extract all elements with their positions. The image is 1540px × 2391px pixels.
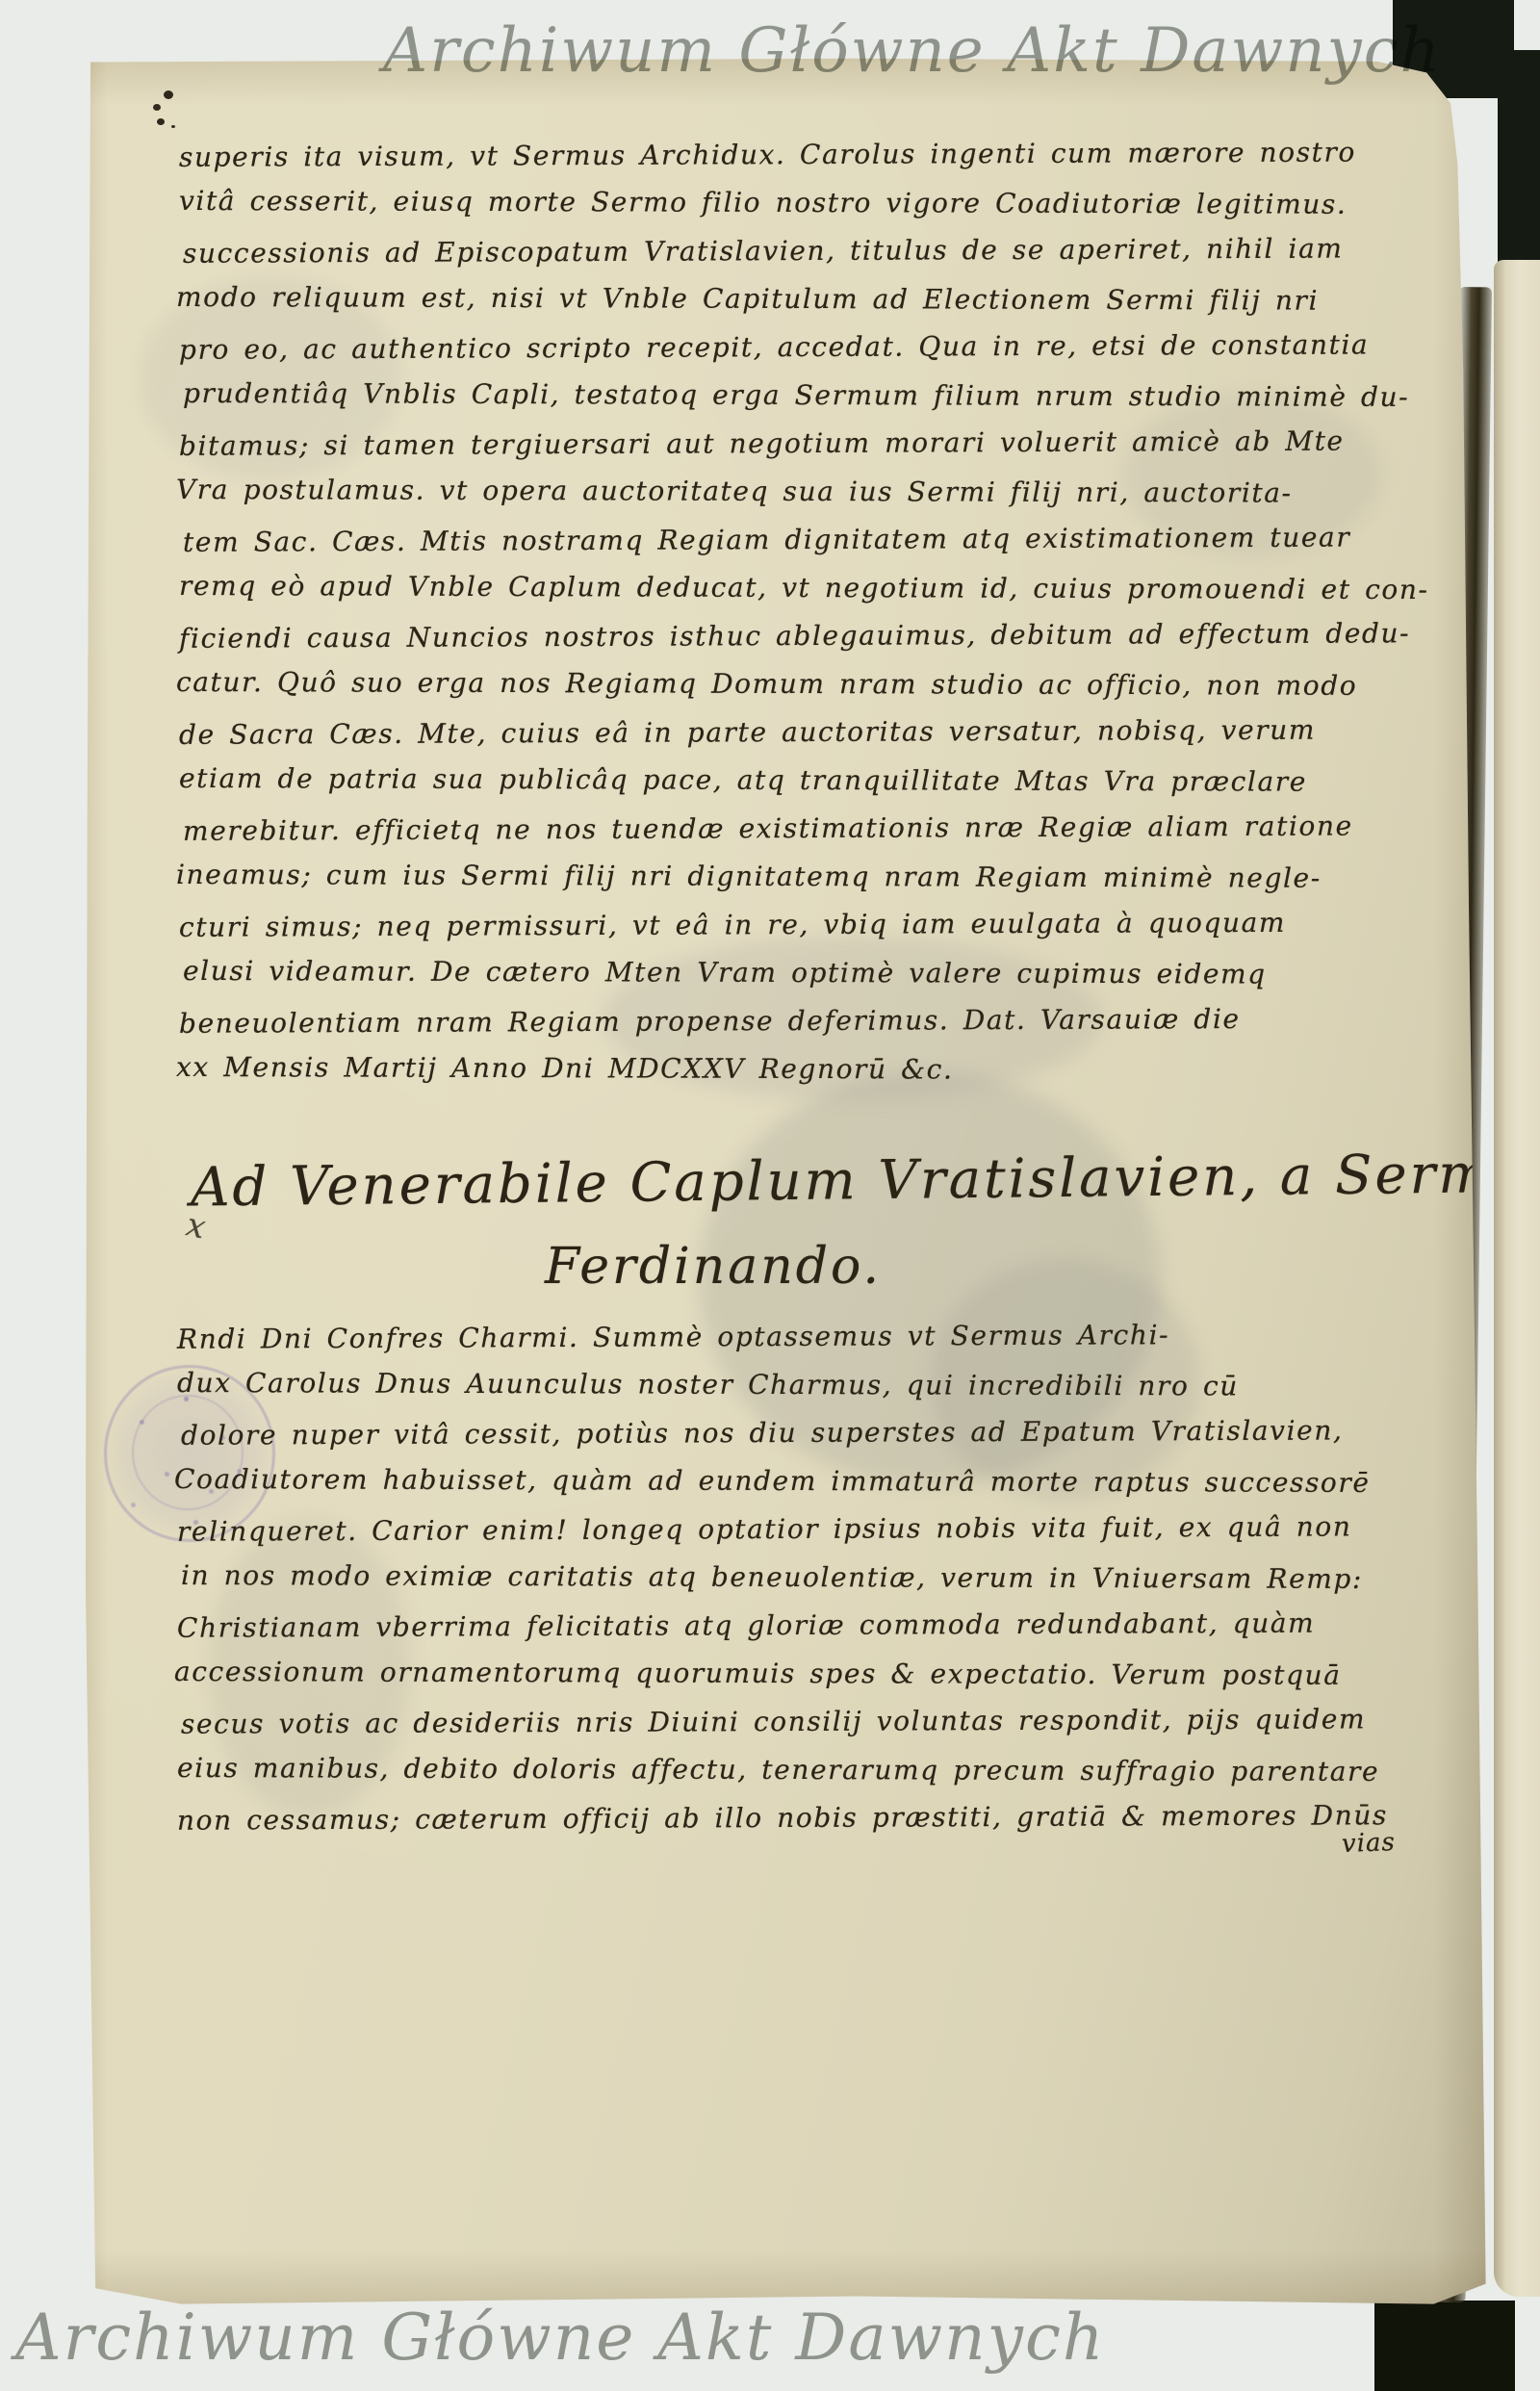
handwritten-line: dolore nuper vitâ cessit, potiùs nos diu…	[181, 1406, 1388, 1459]
letter-heading-line2: Ferdinando.	[545, 1238, 882, 1296]
handwritten-line: catur. Quô suo erga nos Regiamq Domum nr…	[176, 658, 1429, 710]
handwritten-line: non cessamus; cæterum officij ab illo no…	[177, 1791, 1388, 1844]
handwritten-line: superis ita visum, vt Sermus Archidux. C…	[179, 128, 1429, 182]
handwritten-line: accessionum ornamentorumq quorumuis spes…	[174, 1648, 1388, 1700]
second-letter-text: Rndi Dni Confres Charmi. Summè optassemu…	[177, 1313, 1388, 1842]
handwritten-line: eius manibus, debito doloris affectu, te…	[177, 1744, 1388, 1796]
handwritten-line: cturi simus; neq permissuri, vt eâ in re…	[179, 898, 1429, 952]
handwritten-line: vitâ cesserit, eiusq morte Sermo filio n…	[179, 177, 1429, 229]
handwritten-line: etiam de patria sua publicâq pace, atq t…	[179, 755, 1429, 807]
handwritten-line: pro eo, ac authentico scripto recepit, a…	[179, 321, 1429, 374]
letter-continuation-text: superis ita visum, vt Sermus Archidux. C…	[179, 131, 1429, 1093]
handwritten-line: modo reliquum est, nisi vt Vnble Capitul…	[176, 273, 1429, 325]
letter-heading-line1: Ad Venerabile Caplum Vratislavien, a Ser…	[191, 1141, 1540, 1220]
handwritten-line: in nos modo eximiæ caritatis atq beneuol…	[181, 1552, 1388, 1604]
handwritten-line: merebitur. efficietq ne nos tuendæ exist…	[183, 802, 1429, 856]
handwritten-line: ineamus; cum ius Sermi filij nri dignita…	[176, 851, 1429, 903]
handwritten-line: Vra postulamus. vt opera auctoritateq su…	[176, 466, 1429, 518]
handwritten-line: de Sacra Cæs. Mte, cuius eâ in parte auc…	[179, 706, 1429, 759]
handwritten-line: secus votis ac desideriis nris Diuini co…	[181, 1695, 1388, 1748]
handwritten-line: Rndi Dni Confres Charmi. Summè optassemu…	[177, 1310, 1388, 1363]
manuscript-page: x superis ita visum, vt Sermus Archidux.…	[83, 56, 1490, 2306]
handwritten-line: bitamus; si tamen tergiuersari aut negot…	[179, 417, 1429, 471]
handwritten-line: tem Sac. Cæs. Mtis nostramq Regiam digni…	[183, 513, 1429, 567]
handwritten-line: Christianam vberrima felicitatis atq glo…	[177, 1599, 1388, 1652]
handwritten-line: xx Mensis Martij Anno Dni MDCXXV Regnorū…	[176, 1043, 1429, 1095]
handwritten-line: remq eò apud Vnble Caplum deducat, vt ne…	[179, 562, 1429, 614]
handwritten-line: ficiendi causa Nuncios nostros isthuc ab…	[179, 609, 1429, 663]
handwritten-line: Coadiutorem habuisset, quàm ad eundem im…	[174, 1455, 1388, 1507]
handwritten-line: prudentiâq Vnblis Capli, testatoq erga S…	[183, 370, 1429, 422]
handwritten-line: relinqueret. Carior enim! longeq optatio…	[177, 1503, 1388, 1555]
ink-dots	[164, 90, 173, 99]
adjacent-page-edge	[1494, 260, 1540, 2297]
handwritten-line: beneuolentiam nram Regiam propense defer…	[179, 994, 1429, 1048]
archive-watermark-bottom: Archiwum Główne Akt Dawnych	[15, 2301, 1105, 2375]
handwritten-line: elusi videamur. De cætero Mten Vram opti…	[183, 947, 1429, 999]
handwritten-line: successionis ad Episcopatum Vratislavien…	[183, 224, 1429, 278]
handwritten-line: dux Carolus Dnus Auunculus noster Charmu…	[177, 1359, 1388, 1411]
catchword: vias	[1341, 1828, 1396, 1859]
scan-frame: x superis ita visum, vt Sermus Archidux.…	[0, 0, 1540, 2391]
binding-ribbon-bottom	[1374, 2301, 1515, 2391]
